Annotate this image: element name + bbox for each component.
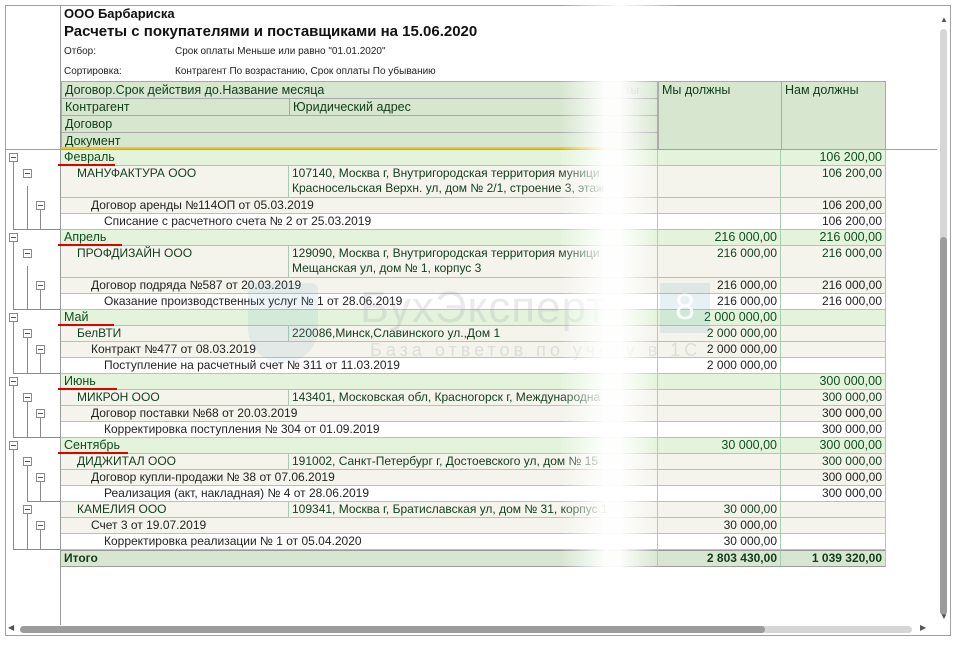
tree-line: [27, 229, 60, 230]
row-owed-to-us-value: [781, 534, 886, 550]
collapse-toggle-icon[interactable]: [23, 169, 32, 178]
row-we-owe-value: [658, 470, 781, 486]
row-we-owe-value: [658, 214, 781, 230]
tree-line: [13, 242, 14, 309]
collapse-toggle-icon[interactable]: [36, 521, 45, 530]
row-owed-to-us-value: 216 000,00: [781, 246, 886, 278]
collapse-toggle-icon[interactable]: [23, 249, 32, 258]
vertical-scroll-thumb[interactable]: [940, 237, 947, 615]
row-owed-to-us-value: 216 000,00: [781, 294, 886, 310]
collapse-toggle-icon[interactable]: [9, 313, 18, 322]
filter-label: Отбор:: [64, 46, 96, 57]
row-we-owe-value: 30 000,00: [658, 502, 781, 518]
tree-line: [40, 210, 41, 229]
tree-line: [27, 309, 60, 310]
row-we-owe-value: 30 000,00: [658, 518, 781, 534]
row-owed-to-us-value: 300 000,00: [781, 374, 886, 390]
row-counterparty-name[interactable]: ПРОФДИЗАЙН ООО: [61, 246, 289, 278]
collapse-toggle-icon[interactable]: [36, 345, 45, 354]
row-owed-to-us-value: 106 200,00: [781, 214, 886, 230]
tree-line: [13, 322, 14, 373]
collapse-toggle-icon[interactable]: [9, 153, 18, 162]
row-counterparty-name[interactable]: МИКРОН ООО: [61, 390, 289, 406]
row-owed-to-us-value: 216 000,00: [781, 278, 886, 294]
sort-label: Сортировка:: [64, 66, 122, 77]
vertical-scrollbar[interactable]: ▲ ▼: [938, 15, 950, 625]
row-counterparty-name[interactable]: ДИДЖИТАЛ ООО: [61, 454, 289, 470]
total-owed-to-us: 1 039 320,00: [781, 550, 886, 567]
collapse-toggle-icon[interactable]: [9, 441, 18, 450]
tree-line: [27, 338, 28, 373]
row-counterparty-name[interactable]: КАМЕЛИЯ ООО: [61, 502, 289, 518]
horizontal-scroll-thumb[interactable]: [20, 626, 765, 633]
row-we-owe-value: [658, 198, 781, 214]
row-owed-to-us-value: [781, 502, 886, 518]
scroll-down-arrow-icon[interactable]: ▼: [940, 612, 948, 621]
tree-line: [13, 162, 14, 229]
collapse-toggle-icon[interactable]: [36, 281, 45, 290]
row-we-owe-value: [658, 454, 781, 470]
tree-line: [13, 450, 14, 549]
collapse-toggle-icon[interactable]: [9, 377, 18, 386]
tree-line: [27, 266, 28, 309]
horizontal-scrollbar[interactable]: ◀ ▶: [8, 623, 928, 635]
row-we-owe-value: [658, 166, 781, 198]
row-owed-to-us-value: 106 200,00: [781, 166, 886, 198]
tree-line: [13, 386, 14, 437]
row-owed-to-us-value: [781, 358, 886, 374]
organization-name: ООО Барбариска: [64, 6, 175, 21]
row-owed-to-us-value: 300 000,00: [781, 422, 886, 438]
collapse-toggle-icon[interactable]: [23, 457, 32, 466]
sort-value: Контрагент По возрастанию, Срок оплаты П…: [175, 66, 436, 77]
tree-line: [27, 402, 28, 437]
tree-line: [27, 186, 28, 229]
collapse-toggle-icon[interactable]: [23, 505, 32, 514]
scroll-right-arrow-icon[interactable]: ▶: [920, 623, 926, 632]
watermark-badge: 8: [660, 283, 710, 333]
tree-line: [40, 354, 41, 373]
total-we-owe: 2 803 430,00: [658, 550, 781, 567]
tree-line: [40, 418, 41, 437]
fade-overlay: [560, 75, 660, 575]
tree-line: [27, 437, 60, 438]
tree-line: [40, 290, 41, 309]
tree-line: [27, 549, 60, 550]
row-owed-to-us-value: 300 000,00: [781, 390, 886, 406]
header-counterparty[interactable]: Контрагент: [61, 98, 290, 116]
tree-line: [27, 373, 60, 374]
row-owed-to-us-value: 300 000,00: [781, 406, 886, 422]
row-owed-to-us-value: [781, 518, 886, 534]
row-we-owe-value: 216 000,00: [658, 246, 781, 278]
row-owed-to-us-value: [781, 342, 886, 358]
header-we-owe[interactable]: Мы должны: [658, 81, 782, 150]
collapse-toggle-icon[interactable]: [36, 473, 45, 482]
scroll-left-arrow-icon[interactable]: ◀: [8, 623, 14, 632]
row-we-owe-value: [658, 422, 781, 438]
row-owed-to-us-value: 216 000,00: [781, 230, 886, 246]
fade-overlay-top: [560, 0, 680, 8]
row-we-owe-value: [658, 390, 781, 406]
row-owed-to-us-value: 300 000,00: [781, 454, 886, 470]
scroll-up-arrow-icon[interactable]: ▲: [940, 15, 948, 24]
row-counterparty-name[interactable]: МАНУФАКТУРА ООО: [61, 166, 289, 198]
row-owed-to-us-value: [781, 326, 886, 342]
collapse-toggle-icon[interactable]: [23, 393, 32, 402]
tree-line: [27, 501, 60, 502]
row-owed-to-us-value: [781, 310, 886, 326]
row-we-owe-value: [658, 150, 781, 166]
row-we-owe-value: [658, 406, 781, 422]
row-owed-to-us-value: 106 200,00: [781, 198, 886, 214]
collapse-toggle-icon[interactable]: [23, 329, 32, 338]
row-we-owe-value: 30 000,00: [658, 534, 781, 550]
row-owed-to-us-value: 300 000,00: [781, 470, 886, 486]
row-we-owe-value: 216 000,00: [658, 230, 781, 246]
header-owed-to-us[interactable]: Нам должны: [781, 81, 886, 150]
filter-value: Срок оплаты Меньше или равно "01.01.2020…: [175, 46, 386, 57]
row-owed-to-us-value: 300 000,00: [781, 438, 886, 454]
row-we-owe-value: [658, 486, 781, 502]
watermark-shield-icon: [248, 283, 318, 363]
tree-line: [40, 482, 41, 501]
row-owed-to-us-value: 300 000,00: [781, 486, 886, 502]
collapse-toggle-icon[interactable]: [36, 409, 45, 418]
row-we-owe-value: [658, 374, 781, 390]
tree-line: [27, 466, 28, 501]
row-owed-to-us-value: 106 200,00: [781, 150, 886, 166]
report-title: Расчеты с покупателями и поставщиками на…: [64, 23, 477, 40]
collapse-toggle-icon[interactable]: [36, 201, 45, 210]
tree-line: [27, 514, 28, 549]
collapse-toggle-icon[interactable]: [9, 233, 18, 242]
tree-line: [40, 530, 41, 549]
row-we-owe-value: 30 000,00: [658, 438, 781, 454]
